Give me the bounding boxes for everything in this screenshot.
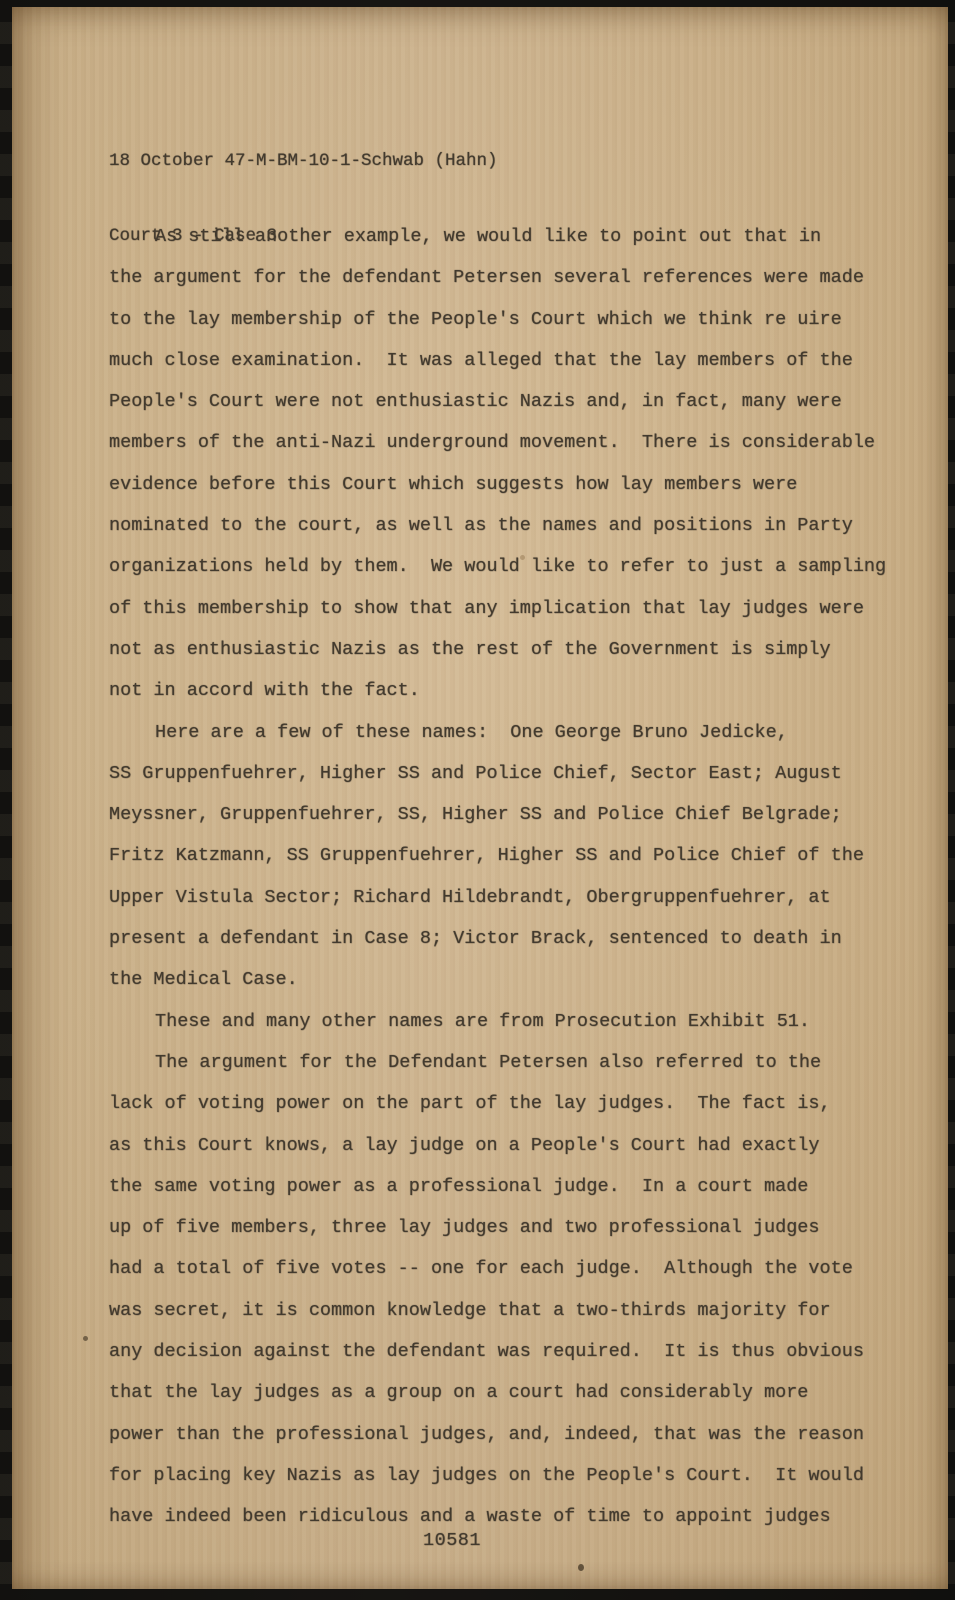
text-line: People's Court were not enthusiastic Naz… bbox=[109, 381, 899, 422]
text-line: the Medical Case. bbox=[109, 959, 899, 1000]
text-line: Meyssner, Gruppenfuehrer, SS, Higher SS … bbox=[109, 794, 899, 835]
text-line: These and many other names are from Pros… bbox=[109, 1001, 899, 1042]
text-line: As still another example, we would like … bbox=[109, 216, 899, 257]
text-line: to the lay membership of the People's Co… bbox=[109, 299, 899, 340]
text-line: was secret, it is common knowledge that … bbox=[109, 1290, 899, 1331]
text-line: SS Gruppenfuehrer, Higher SS and Police … bbox=[109, 753, 899, 794]
text-line: The argument for the Defendant Petersen … bbox=[109, 1042, 899, 1083]
text-line: that the lay judges as a group on a cour… bbox=[109, 1372, 899, 1413]
text-line: had a total of five votes -- one for eac… bbox=[109, 1248, 899, 1289]
text-line: for placing key Nazis as lay judges on t… bbox=[109, 1455, 899, 1496]
text-line: lack of voting power on the part of the … bbox=[109, 1083, 899, 1124]
text-line: not as enthusiastic Nazis as the rest of… bbox=[109, 629, 899, 670]
text-line: evidence before this Court which suggest… bbox=[109, 464, 899, 505]
text-line: Fritz Katzmann, SS Gruppenfuehrer, Highe… bbox=[109, 835, 899, 876]
text-line: the argument for the defendant Petersen … bbox=[109, 257, 899, 298]
text-line: Here are a few of these names: One Georg… bbox=[109, 712, 899, 753]
text-line: members of the anti-Nazi underground mov… bbox=[109, 422, 899, 463]
text-line: up of five members, three lay judges and… bbox=[109, 1207, 899, 1248]
document-page: 18 October 47-M-BM-10-1-Schwab (Hahn) Co… bbox=[12, 7, 948, 1589]
text-line: not in accord with the fact. bbox=[109, 670, 899, 711]
text-line: as this Court knows, a lay judge on a Pe… bbox=[109, 1125, 899, 1166]
document-body: As still another example, we would like … bbox=[109, 216, 899, 1538]
text-line: have indeed been ridiculous and a waste … bbox=[109, 1496, 899, 1537]
page-number: 10581 bbox=[423, 1527, 481, 1555]
text-line: Upper Vistula Sector; Richard Hildebrand… bbox=[109, 877, 899, 918]
text-line: much close examination. It was alleged t… bbox=[109, 340, 899, 381]
text-line: power than the professional judges, and,… bbox=[109, 1414, 899, 1455]
text-line: any decision against the defendant was r… bbox=[109, 1331, 899, 1372]
text-line: of this membership to show that any impl… bbox=[109, 588, 899, 629]
text-line: organizations held by them. We would lik… bbox=[109, 546, 899, 587]
text-line: present a defendant in Case 8; Victor Br… bbox=[109, 918, 899, 959]
text-line: the same voting power as a professional … bbox=[109, 1166, 899, 1207]
text-line: nominated to the court, as well as the n… bbox=[109, 505, 899, 546]
header-dateline: 18 October 47-M-BM-10-1-Schwab (Hahn) bbox=[109, 149, 498, 174]
scanned-document-view: 18 October 47-M-BM-10-1-Schwab (Hahn) Co… bbox=[0, 0, 955, 1600]
